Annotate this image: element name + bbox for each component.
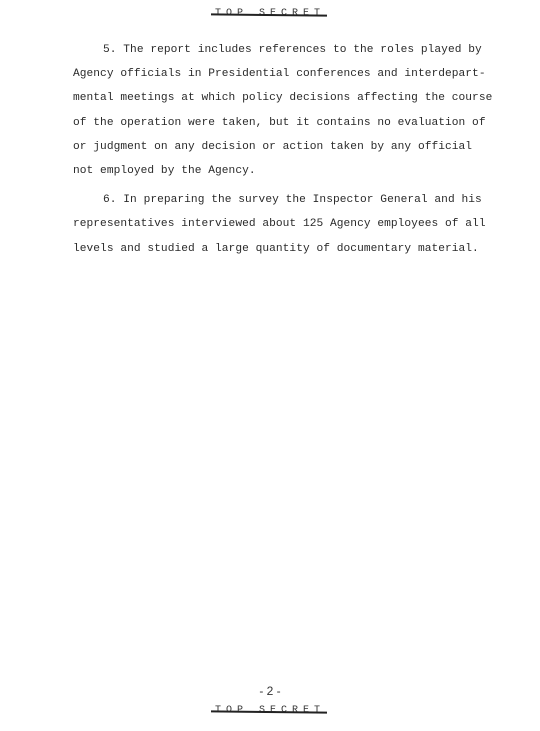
classification-marking-bottom: TOP SECRET xyxy=(0,705,540,716)
text-line: of the operation were taken, but it cont… xyxy=(73,117,486,129)
classification-marking-top: TOP SECRET xyxy=(0,8,540,19)
classification-text: TOP SECRET xyxy=(215,705,325,716)
text-line: 5. The report includes references to the… xyxy=(103,44,482,56)
text-line: mental meetings at which policy decision… xyxy=(73,92,492,104)
text-line: or judgment on any decision or action ta… xyxy=(73,141,472,153)
text-line: Agency officials in Presidential confere… xyxy=(73,68,486,80)
text-line: representatives interviewed about 125 Ag… xyxy=(73,218,486,230)
text-line: not employed by the Agency. xyxy=(73,165,256,177)
page-number: - 2 - xyxy=(0,684,540,698)
classification-text: TOP SECRET xyxy=(215,8,325,19)
text-line: levels and studied a large quantity of d… xyxy=(73,243,479,255)
text-line: 6. In preparing the survey the Inspector… xyxy=(103,194,482,206)
